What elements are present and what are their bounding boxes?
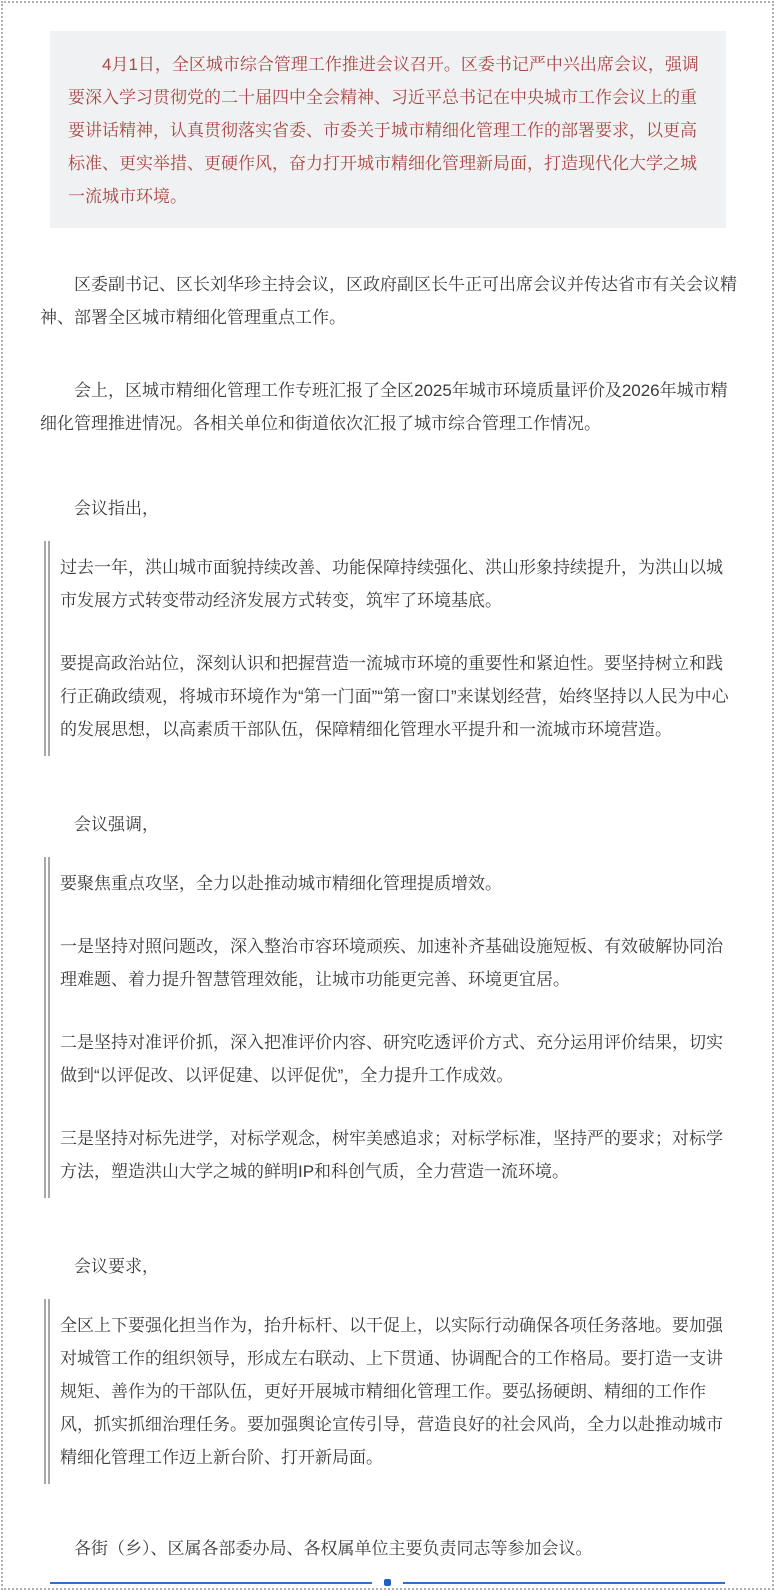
quote-paragraph: 要聚焦重点攻坚，全力以赴推动城市精细化管理提质增效。 (60, 867, 737, 900)
divider-dot-icon (384, 1579, 391, 1586)
quote-block-pointed-out: 过去一年，洪山城市面貌持续改善、功能保障持续强化、洪山形象持续提升，为洪山以城市… (44, 541, 737, 756)
section-heading-required: 会议要求， (40, 1250, 737, 1283)
quote-paragraph: 全区上下要强化担当作为，抬升标杆、以干促上，以实际行动确保各项任务落地。要加强对… (60, 1309, 737, 1474)
quote-paragraph: 二是坚持对准评价抓，深入把准评价内容、研究吃透评价方式、充分运用评价结果，切实做… (60, 1026, 737, 1092)
divider-line-right (403, 1582, 725, 1584)
quote-paragraph: 三是坚持对标先进学，对标学观念，树牢美感追求；对标学标准，坚持严的要求；对标学方… (60, 1122, 737, 1188)
quote-paragraph: 要提高政治站位，深刻认识和把握营造一流城市环境的重要性和紧迫性。要坚持树立和践行… (60, 647, 737, 746)
article-body: 4月1日，全区城市综合管理工作推进会议召开。区委书记严中兴出席会议，强调要深入学… (0, 31, 775, 1565)
quote-block-required: 全区上下要强化担当作为，抬升标杆、以干促上，以实际行动确保各项任务落地。要加强对… (44, 1299, 737, 1484)
paragraph-reports: 会上，区城市精细化管理工作专班汇报了全区2025年城市环境质量评价及2026年城… (40, 374, 737, 440)
section-heading-emphasized: 会议强调， (40, 808, 737, 841)
footer-divider (50, 1579, 725, 1586)
quote-paragraph: 过去一年，洪山城市面貌持续改善、功能保障持续强化、洪山形象持续提升，为洪山以城市… (60, 551, 737, 617)
paragraph-hosts: 区委副书记、区长刘华珍主持会议，区政府副区长牛正可出席会议并传达省市有关会议精神… (40, 268, 737, 334)
summary-paragraph: 4月1日，全区城市综合管理工作推进会议召开。区委书记严中兴出席会议，强调要深入学… (68, 48, 708, 213)
divider-line-left (50, 1582, 372, 1584)
paragraph-attendees: 各街（乡）、区属各部委办局、各权属单位主要负责同志等参加会议。 (40, 1532, 737, 1565)
quote-paragraph: 一是坚持对照问题改，深入整治市容环境顽疾、加速补齐基础设施短板、有效破解协同治理… (60, 930, 737, 996)
section-heading-pointed-out: 会议指出， (40, 492, 737, 525)
summary-highlight-box: 4月1日，全区城市综合管理工作推进会议召开。区委书记严中兴出席会议，强调要深入学… (50, 31, 726, 228)
quote-block-emphasized: 要聚焦重点攻坚，全力以赴推动城市精细化管理提质增效。 一是坚持对照问题改，深入整… (44, 857, 737, 1198)
